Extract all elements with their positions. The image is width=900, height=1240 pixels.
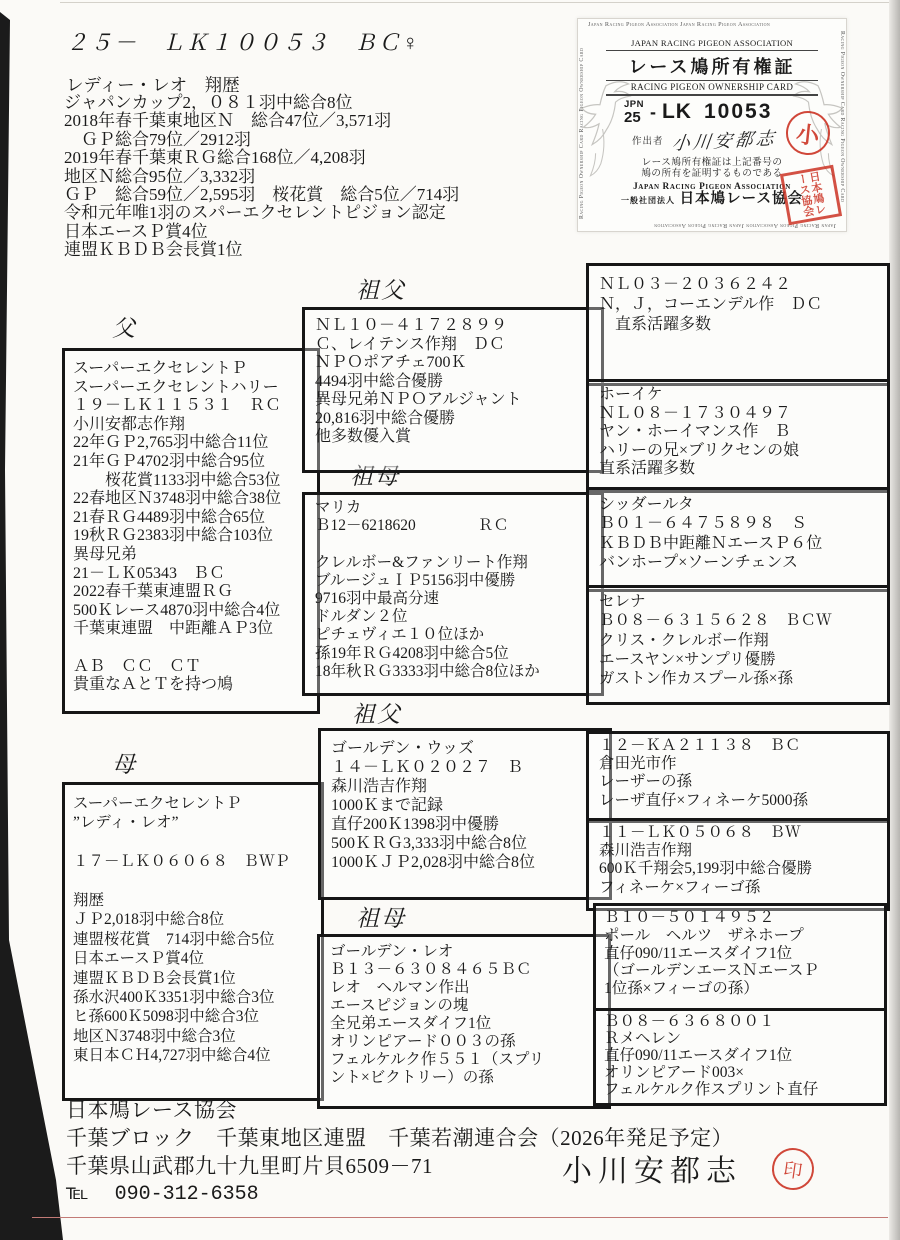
pedigree-box-grandfather-maternal: ゴールデン・ウッズ １４－ＬＫ０２０２７ Ｂ 森川浩吉作翔 1000Ｋまで記録 … — [318, 728, 612, 900]
label-mother: 母 — [112, 746, 137, 779]
tel-symbol: ℡ — [66, 1180, 89, 1204]
bird-ring-id: ２５－ ＬＫ１００５３ ＢＣ♀ — [66, 26, 421, 57]
card-breeder-label: 作出者 — [632, 133, 664, 147]
footer-address: 千葉県山武郡九十九里町片貝6509－71 — [66, 1150, 433, 1180]
pedigree-box-ggparent1: ＮＬ０３－２０３６２４２ Ｎ，Ｊ，コーエンデル作 ＤＣ 直系活躍多数 — [586, 263, 890, 386]
tel-number: 090-312-6358 — [115, 1183, 259, 1206]
ggparent1-text: ＮＬ０３－２０３６２４２ Ｎ，Ｊ，コーエンデル作 ＤＣ 直系活躍多数 — [599, 275, 877, 335]
card-ring-row: JPN 25 - LK 10053 — [606, 96, 818, 125]
pedigree-box-grandmother-paternal: マリカ Ｂ12－6218620 ＲＣ クレルボー&ファンリート作翔 ブルージュＩ… — [302, 492, 604, 696]
pedigree-box-ggparent7: Ｂ１０－５０１４９５２ ポール ヘルツ ザネホープ 直仔090/11エースダイフ… — [593, 903, 887, 1011]
pedigree-certificate-page: ２５－ ＬＫ１００５３ ＢＣ♀ レディー・レオ 翔歴 ジャパンカップ2，０８１羽… — [0, 0, 900, 1240]
pedigree-box-father: スーパーエクセレントＰ スーパーエクセレントハリー １９－ＬＫ１１５３１ ＲＣ … — [62, 348, 320, 714]
square-association-seal: 日本鳩レース協会 — [780, 165, 842, 226]
pedigree-box-ggparent3: シッダールタ Ｂ０１－６４７５８９８ Ｓ ＫＢＤＢ中距離ＮエースＰ６位 バンホー… — [586, 487, 890, 592]
ggparent8-text: Ｂ０８－６３６８００１ Ｒメヘレン 直仔090/11エースダイフ1位 オリンピア… — [604, 1013, 876, 1098]
pedigree-box-ggparent5: １２－ＫＡ２１１３８ ＢＣ 倉田光市作 レーザーの孫 レーザ直仔×フィネーケ50… — [586, 731, 890, 823]
card-title-english: RACING PIGEON OWNERSHIP CARD — [606, 80, 818, 96]
grandfather-paternal-text: ＮＬ１０－４１７２８９９ Ｃ、レイテンス作翔 ＤＣ ＮＰＯポアチェ700Ｋ 44… — [315, 317, 591, 447]
card-ring-year: 25 — [624, 110, 644, 125]
card-org-type: 一般社団法人 — [621, 196, 675, 205]
ggparent2-text: ホーイケ ＮＬ０８－１７３０４９７ ヤン・ホーイマンス作 Ｂ ハリーの兄×ブリク… — [599, 386, 877, 479]
card-breeder-signature: 小川安都志 — [670, 124, 778, 156]
card-ring-dash: - — [650, 102, 656, 123]
card-title-japanese: レース鳩所有権証 — [606, 51, 818, 80]
ggparent6-text: １１－ＬＫ０５０６８ ＢＷ 森川浩吉作翔 600Ｋ千翔会5,199羽中総合優勝 … — [599, 824, 877, 897]
pedigree-box-ggparent2: ホーイケ ＮＬ０８－１７３０４９７ ヤン・ホーイマンス作 Ｂ ハリーの兄×ブリク… — [586, 379, 890, 493]
pedigree-box-ggparent8: Ｂ０８－６３６８００１ Ｒメヘレン 直仔090/11エースダイフ1位 オリンピア… — [593, 1008, 887, 1106]
ggparent3-text: シッダールタ Ｂ０１－６４７５８９８ Ｓ ＫＢＤＢ中距離ＮエースＰ６位 バンホー… — [599, 495, 877, 572]
ggparent5-text: １２－ＫＡ２１１３８ ＢＣ 倉田光市作 レーザーの孫 レーザ直仔×フィネーケ50… — [599, 737, 877, 810]
card-ring-number: 10053 — [704, 100, 772, 124]
ownership-card: Japan Racing Pigeon Association Japan Ra… — [577, 18, 847, 232]
pedigree-box-ggparent4: セレナ Ｂ０８－６３１５６２８ ＢＣＷ クリス・クレルボー作翔 エースヤン×サン… — [586, 585, 890, 705]
father-text: スーパーエクセレントＰ スーパーエクセレントハリー １９－ＬＫ１１５３１ ＲＣ … — [73, 360, 309, 695]
label-grandfather-maternal: 祖父 — [352, 696, 402, 729]
pedigree-box-mother: スーパーエクセレントＰ ”レディ・レオ” １７－ＬＫ０６０６８ ＢＷＰ 翔歴 Ｊ… — [62, 782, 324, 1101]
footer-association: 日本鳩レース協会 — [66, 1094, 237, 1124]
bottom-red-rule — [32, 1217, 888, 1218]
footer-telephone: ℡090-312-6358 — [66, 1180, 259, 1206]
scan-edge-left — [0, 0, 70, 1240]
scan-edge-top — [60, 2, 890, 3]
label-father: 父 — [112, 310, 137, 343]
card-association-name-en: JAPAN RACING PIGEON ASSOCIATION — [606, 38, 818, 51]
card-ring-series: LK — [662, 100, 692, 124]
label-grandmother-maternal: 祖母 — [356, 900, 406, 933]
pedigree-box-grandmother-maternal: ゴールデン・レオ Ｂ１３－６３０８４６５ＢＣ レオ ヘルマン作出 エースピジョン… — [317, 934, 611, 1109]
card-statement-line1: レース鳩所有権証は上記番号の — [642, 157, 783, 168]
card-border-text-top: Japan Racing Pigeon Association Japan Ra… — [588, 21, 836, 28]
pedigree-box-ggparent6: １１－ＬＫ０５０６８ ＢＷ 森川浩吉作翔 600Ｋ千翔会5,199羽中総合優勝 … — [586, 818, 890, 911]
card-statement-line2: 鳩の所有を証明するものである — [641, 168, 782, 179]
footer-hanko-seal: 印 — [769, 1145, 816, 1192]
grandfather-maternal-text: ゴールデン・ウッズ １４－ＬＫ０２０２７ Ｂ 森川浩吉作翔 1000Ｋまで記録 … — [331, 739, 599, 872]
ggparent4-text: セレナ Ｂ０８－６３１５６２８ ＢＣＷ クリス・クレルボー作翔 エースヤン×サン… — [599, 592, 877, 688]
breeder-signature: 小川安都志 — [562, 1146, 742, 1190]
history-lines: ジャパンカップ2，０８１羽中総合8位 2018年春千葉東地区Ｎ 総合47位／3,… — [64, 94, 459, 260]
grandmother-paternal-text: マリカ Ｂ12－6218620 ＲＣ クレルボー&ファンリート作翔 ブルージュＩ… — [315, 499, 591, 681]
ggparent7-text: Ｂ１０－５０１４９５２ ポール ヘルツ ザネホープ 直仔090/11エースダイフ… — [604, 909, 876, 998]
label-grandfather-paternal: 祖父 — [356, 272, 406, 305]
pedigree-box-grandfather-paternal: ＮＬ１０－４１７２８９９ Ｃ、レイテンス作翔 ＤＣ ＮＰＯポアチェ700Ｋ 44… — [302, 307, 604, 473]
card-country-year: JPN 25 — [624, 100, 644, 125]
mother-text: スーパーエクセレントＰ ”レディ・レオ” １７－ＬＫ０６０６８ ＢＷＰ 翔歴 Ｊ… — [73, 794, 313, 1066]
square-seal-text: 日本鳩レース協会 — [795, 170, 827, 219]
scan-edge-right — [889, 0, 900, 1240]
grandmother-maternal-text: ゴールデン・レオ Ｂ１３－６３０８４６５ＢＣ レオ ヘルマン作出 エースピジョン… — [330, 943, 598, 1087]
